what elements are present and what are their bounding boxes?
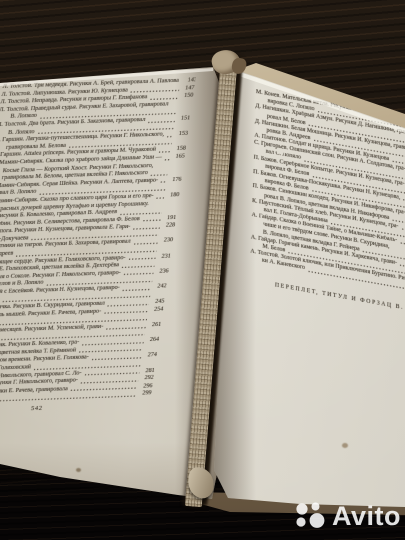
toc-page-number: 254 xyxy=(150,306,164,314)
toc-page-number: 242 xyxy=(153,283,167,291)
dot-leader xyxy=(160,181,166,184)
avito-logo-icon xyxy=(293,501,327,531)
dot-leader xyxy=(151,204,163,207)
toc-page-number: 228 xyxy=(161,222,175,230)
toc-page-number: 165 xyxy=(171,154,185,162)
dot-leader xyxy=(150,173,167,177)
dot-leader xyxy=(164,158,169,161)
toc-page-number: 236 xyxy=(155,268,169,276)
dot-leader xyxy=(156,196,164,199)
watermark-brand-text: Avito xyxy=(332,503,401,530)
toc-page-number: 153 xyxy=(174,131,188,139)
dot-leader xyxy=(158,150,170,153)
toc-page-number: 180 xyxy=(166,192,180,200)
folio-number: 542 xyxy=(0,401,150,415)
toc-page-number: 274 xyxy=(143,352,157,360)
toc-page-number: 264 xyxy=(145,337,159,345)
toc-page-number: 299 xyxy=(138,390,152,398)
toc-page-number: 150 xyxy=(180,93,194,101)
avito-watermark: Avito xyxy=(293,501,401,531)
toc-page-number: 151 xyxy=(176,115,190,123)
book-photo: Л. Толстой. Три медведя. Рисунки А. Брей… xyxy=(0,0,405,540)
paper-stain xyxy=(342,443,348,448)
dot-leader xyxy=(171,104,177,107)
toc-page-number: 230 xyxy=(159,238,173,246)
paper-stain xyxy=(76,468,81,472)
left-toc: Л. Толстой. Три медведя. Рисунки А. Брей… xyxy=(0,77,196,415)
dot-leader xyxy=(167,135,173,138)
toc-page-number: 261 xyxy=(147,322,161,330)
toc-page-number: 176 xyxy=(168,177,182,185)
dot-leader xyxy=(156,165,169,168)
toc-page-number: 231 xyxy=(157,253,171,261)
